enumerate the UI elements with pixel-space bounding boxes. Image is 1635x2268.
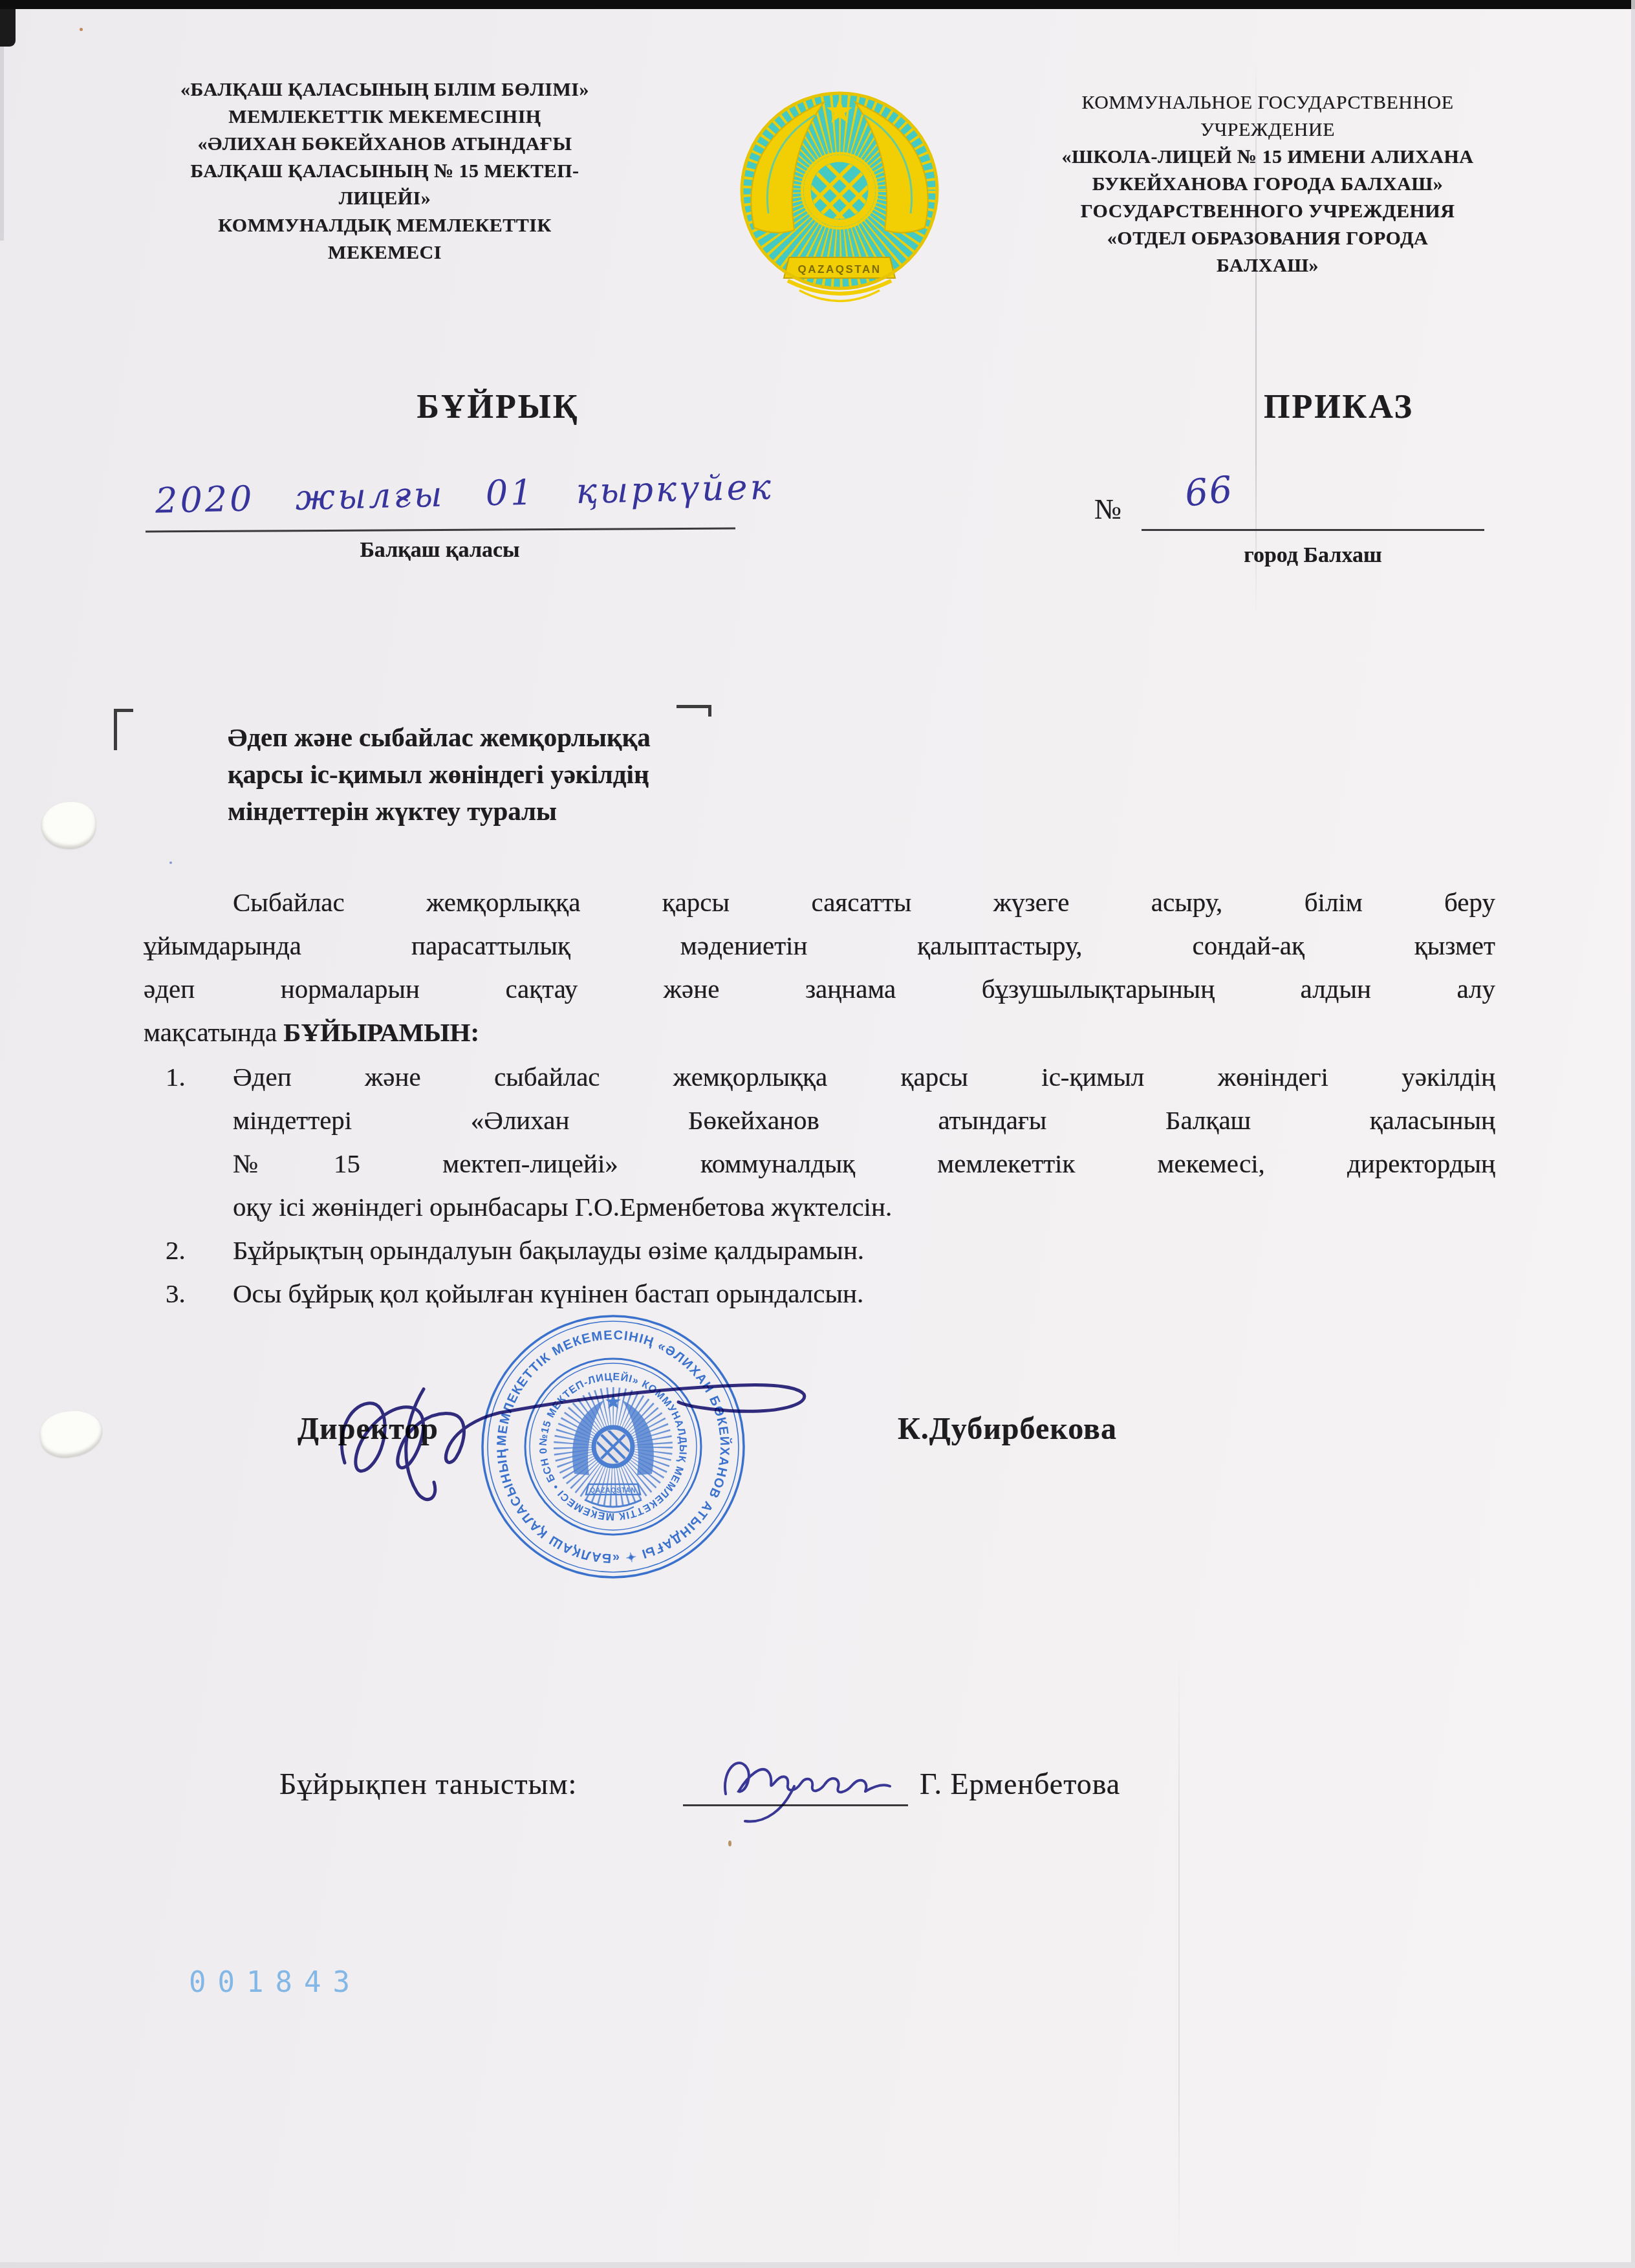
place-russian: город Балхаш xyxy=(1158,543,1468,568)
letterhead-line: КОММУНАЛДЫҚ МЕМЛЕКЕТТІК xyxy=(123,212,647,239)
corner-mark xyxy=(677,705,711,708)
list-item: 2. Бұйрықтың орындалуын бақылауды өзіме … xyxy=(144,1229,1495,1272)
list-item-text: Бұйрықтың орындалуын бақылауды өзіме қал… xyxy=(233,1229,1495,1272)
order-items: 1. Әдеп және сыбайлас жемқорлыққа қарсы … xyxy=(144,1055,1495,1315)
list-line: Бұйрықтың орындалуын бақылауды өзіме қал… xyxy=(233,1229,1495,1272)
paper-speck xyxy=(169,861,172,864)
number-underline xyxy=(1142,529,1484,531)
letterhead-line: «ОТДЕЛ ОБРАЗОВАНИЯ ГОРОДА xyxy=(951,225,1585,252)
list-line: Әдеп және сыбайлас жемқорлыққа қарсы іс-… xyxy=(233,1055,1495,1099)
list-line: міндеттері «Әлихан Бөкейханов атындағы Б… xyxy=(233,1099,1495,1142)
letterhead-line: МЕКЕМЕСІ xyxy=(123,239,647,266)
kazakhstan-emblem-icon: QAZAQSTAN xyxy=(730,65,949,304)
paper-blemish xyxy=(38,1407,105,1461)
list-item-number: 3. xyxy=(144,1272,233,1315)
order-title-kazakh: БҰЙРЫҚ xyxy=(359,388,637,426)
list-line: оқу ісі жөніндегі орынбасары Г.О.Ерменбе… xyxy=(233,1185,1495,1229)
order-word: БҰЙЫРАМЫН: xyxy=(283,1017,479,1047)
body-line: мақсатында БҰЙЫРАМЫН: xyxy=(144,1011,1495,1054)
list-item-number: 2. xyxy=(144,1229,233,1272)
letterhead-line: «БАЛҚАШ ҚАЛАСЫНЫҢ БІЛІМ БӨЛІМІ» xyxy=(123,76,647,103)
signer-name: К.Дубирбекова xyxy=(898,1411,1117,1447)
body-line: Сыбайлас жемқорлыққа қарсы саясатты жүзе… xyxy=(144,881,1495,924)
letterhead-line: ЛИЦЕЙІ» xyxy=(123,185,647,212)
letterhead-line: «ӘЛИХАН БӨКЕЙХАНОВ АТЫНДАҒЫ xyxy=(123,131,647,158)
scan-right-edge xyxy=(1631,0,1635,2268)
paper-crease xyxy=(1178,1649,1180,2263)
body-line: ұйымдарында парасаттылық мәдениетін қалы… xyxy=(144,924,1495,967)
handwritten-number: 66 xyxy=(1183,468,1236,515)
list-line: Осы бұйрық қол қойылған күнінен бастап о… xyxy=(233,1272,1495,1315)
document-number-stamp: 001843 xyxy=(189,1966,362,1999)
paper-blemish xyxy=(41,802,96,848)
scan-bottom-edge xyxy=(0,2262,1635,2268)
list-line: №15 мектеп-лицейі» коммуналдық мемлекетт… xyxy=(233,1142,1495,1185)
letterhead-line: ГОСУДАРСТВЕННОГО УЧРЕЖДЕНИЯ xyxy=(951,198,1585,225)
list-item: 3. Осы бұйрық қол қойылған күнінен баста… xyxy=(144,1272,1495,1315)
list-item: 1. Әдеп және сыбайлас жемқорлыққа қарсы … xyxy=(144,1055,1495,1229)
letterhead-line: БАЛҚАШ ҚАЛАСЫНЫҢ № 15 МЕКТЕП- xyxy=(123,158,647,185)
corner-mark xyxy=(114,709,117,750)
subject-line: міндеттерін жүктеу туралы xyxy=(228,793,651,830)
letterhead-line: БАЛХАШ» xyxy=(951,252,1585,279)
order-title-russian: ПРИКАЗ xyxy=(1200,388,1478,426)
letterhead-line: «ШКОЛА-ЛИЦЕЙ № 15 ИМЕНИ АЛИХАНА xyxy=(951,144,1585,171)
emblem-banner-label: QAZAQSTAN xyxy=(798,263,882,275)
list-item-text: Әдеп және сыбайлас жемқорлыққа қарсы іс-… xyxy=(233,1055,1495,1229)
handwritten-date: 2020 жылғы 01 қыркүйек xyxy=(155,466,774,521)
place-kazakh: Балқаш қаласы xyxy=(230,538,650,563)
paper-speck xyxy=(728,1841,731,1846)
number-sign: № xyxy=(1094,493,1121,526)
letterhead-line: БУКЕЙХАНОВА ГОРОДА БАЛХАШ» xyxy=(951,171,1585,198)
order-subject: Әдеп және сыбайлас жемқорлыққа қарсы іс-… xyxy=(228,719,651,830)
subject-line: Әдеп және сыбайлас жемқорлыққа xyxy=(228,719,651,756)
body-last-line: мақсатында xyxy=(144,1017,283,1047)
order-body: Сыбайлас жемқорлыққа қарсы саясатты жүзе… xyxy=(144,881,1495,1054)
acknowledgement-label: Бұйрықпен таныстым: xyxy=(279,1767,577,1801)
scan-left-edge xyxy=(0,47,4,241)
letterhead-kazakh: «БАЛҚАШ ҚАЛАСЫНЫҢ БІЛІМ БӨЛІМІ» МЕМЛЕКЕТ… xyxy=(123,76,647,266)
letterhead-russian: КОММУНАЛЬНОЕ ГОСУДАРСТВЕННОЕ УЧРЕЖДЕНИЕ … xyxy=(951,89,1585,279)
subject-line: қарсы іс-қимыл жөніндегі уәкілдің xyxy=(228,756,651,793)
list-item-text: Осы бұйрық қол қойылған күнінен бастап о… xyxy=(233,1272,1495,1315)
body-line: әдеп нормаларын сақтау және заңнама бұзу… xyxy=(144,967,1495,1011)
list-item-number: 1. xyxy=(144,1055,233,1229)
scan-top-edge xyxy=(0,0,1635,9)
scan-corner-mark xyxy=(0,9,16,47)
letterhead-line: МЕМЛЕКЕТТІК МЕКЕМЕСІНІҢ xyxy=(123,103,647,131)
letterhead-line: УЧРЕЖДЕНИЕ xyxy=(951,116,1585,144)
acknowledgement-signature xyxy=(717,1732,898,1829)
scanned-order-document: «БАЛҚАШ ҚАЛАСЫНЫҢ БІЛІМ БӨЛІМІ» МЕМЛЕКЕТ… xyxy=(0,0,1635,2268)
director-signature xyxy=(327,1366,818,1508)
paper-speck xyxy=(80,28,83,31)
letterhead-line: КОММУНАЛЬНОЕ ГОСУДАРСТВЕННОЕ xyxy=(951,89,1585,116)
date-underline xyxy=(146,528,735,533)
corner-mark xyxy=(708,705,711,717)
acknowledgement-name: Г. Ерменбетова xyxy=(920,1767,1120,1801)
